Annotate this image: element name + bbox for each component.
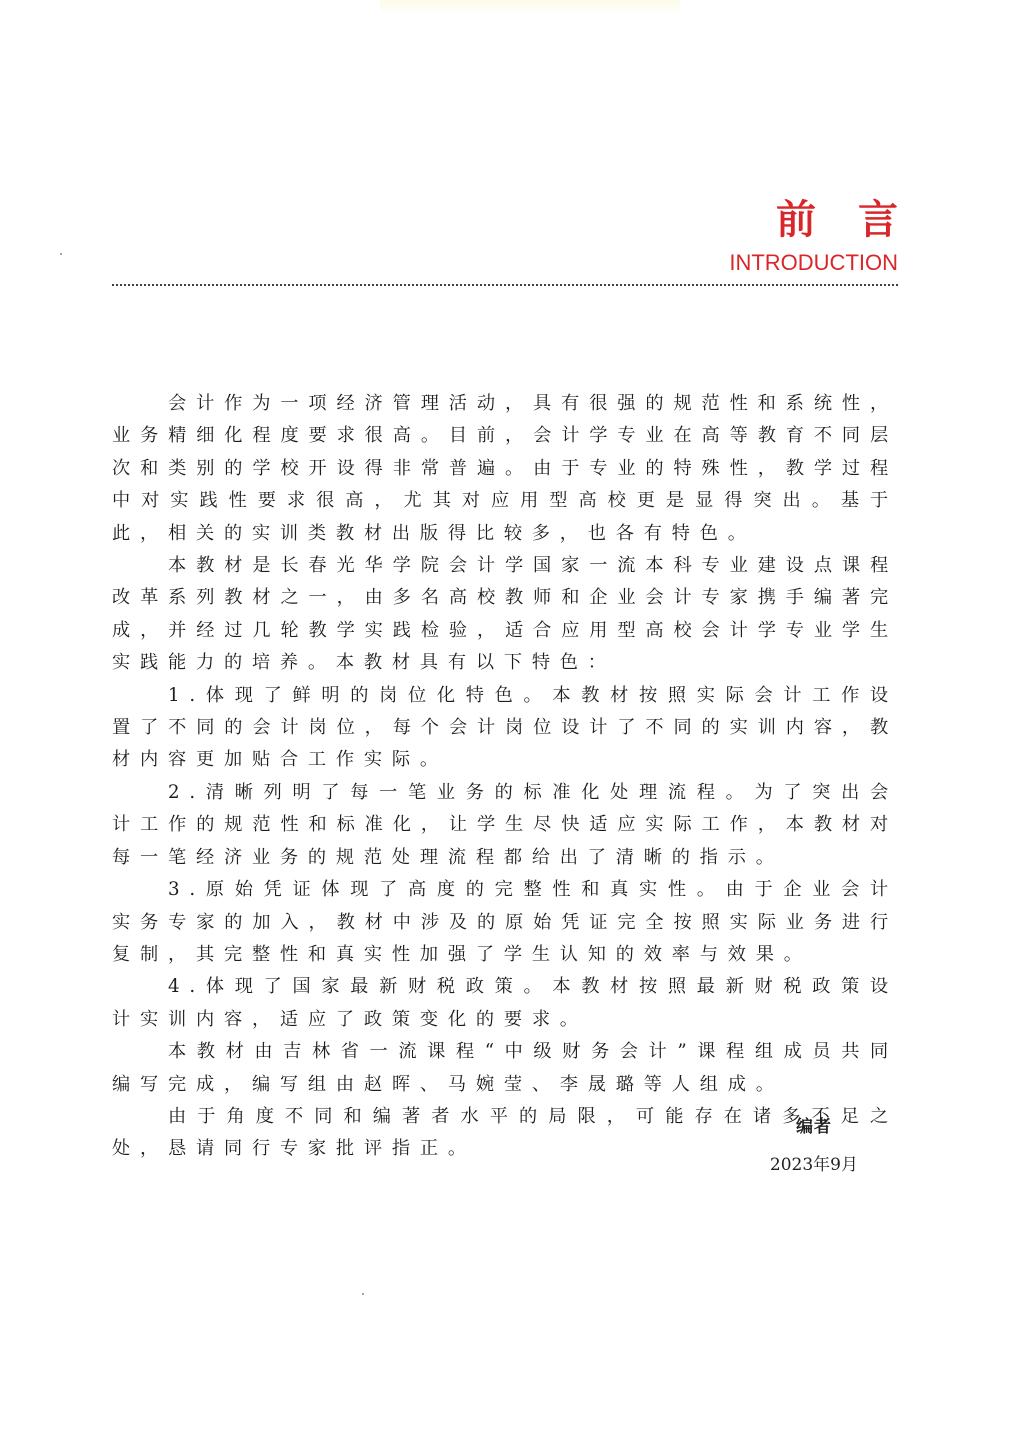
- signature-author: 编者: [796, 1112, 832, 1137]
- page-edge-tint: [380, 0, 680, 14]
- paragraph-authors: 本教材由吉林省一流课程“中级财务会计”课程组成员共同编写完成，编写组由赵晖、马婉…: [112, 1036, 898, 1101]
- dotted-divider: [112, 284, 898, 286]
- paragraph-feature-3: 3.原始凭证体现了高度的完整性和真实性。由于企业会计实务专家的加入，教材中涉及的…: [112, 874, 898, 971]
- paragraph-feature-2: 2.清晰列明了每一笔业务的标准化处理流程。为了突出会计工作的规范性和标准化，让学…: [112, 777, 898, 874]
- paragraph-intro: 会计作为一项经济管理活动，具有很强的规范性和系统性，业务精细化程度要求很高。目前…: [112, 388, 898, 550]
- page-title-chinese: 前言: [729, 196, 940, 244]
- signature-date: 2023年9月: [770, 1150, 858, 1175]
- paragraph-feature-4: 4.体现了国家最新财税政策。本教材按照最新财税政策设计实训内容，适应了政策变化的…: [112, 971, 898, 1036]
- scan-speck: [362, 1293, 364, 1295]
- scan-speck: [60, 253, 62, 255]
- preface-body: 会计作为一项经济管理活动，具有很强的规范性和系统性，业务精细化程度要求很高。目前…: [112, 388, 898, 1166]
- paragraph-textbook-overview: 本教材是长春光华学院会计学国家一流本科专业建设点课程改革系列教材之一，由多名高校…: [112, 550, 898, 680]
- page-header: 前言 INTRODUCTION: [729, 196, 898, 276]
- paragraph-feature-1: 1.体现了鲜明的岗位化特色。本教材按照实际会计工作设置了不同的会计岗位，每个会计…: [112, 680, 898, 777]
- page-title-english: INTRODUCTION: [729, 250, 898, 276]
